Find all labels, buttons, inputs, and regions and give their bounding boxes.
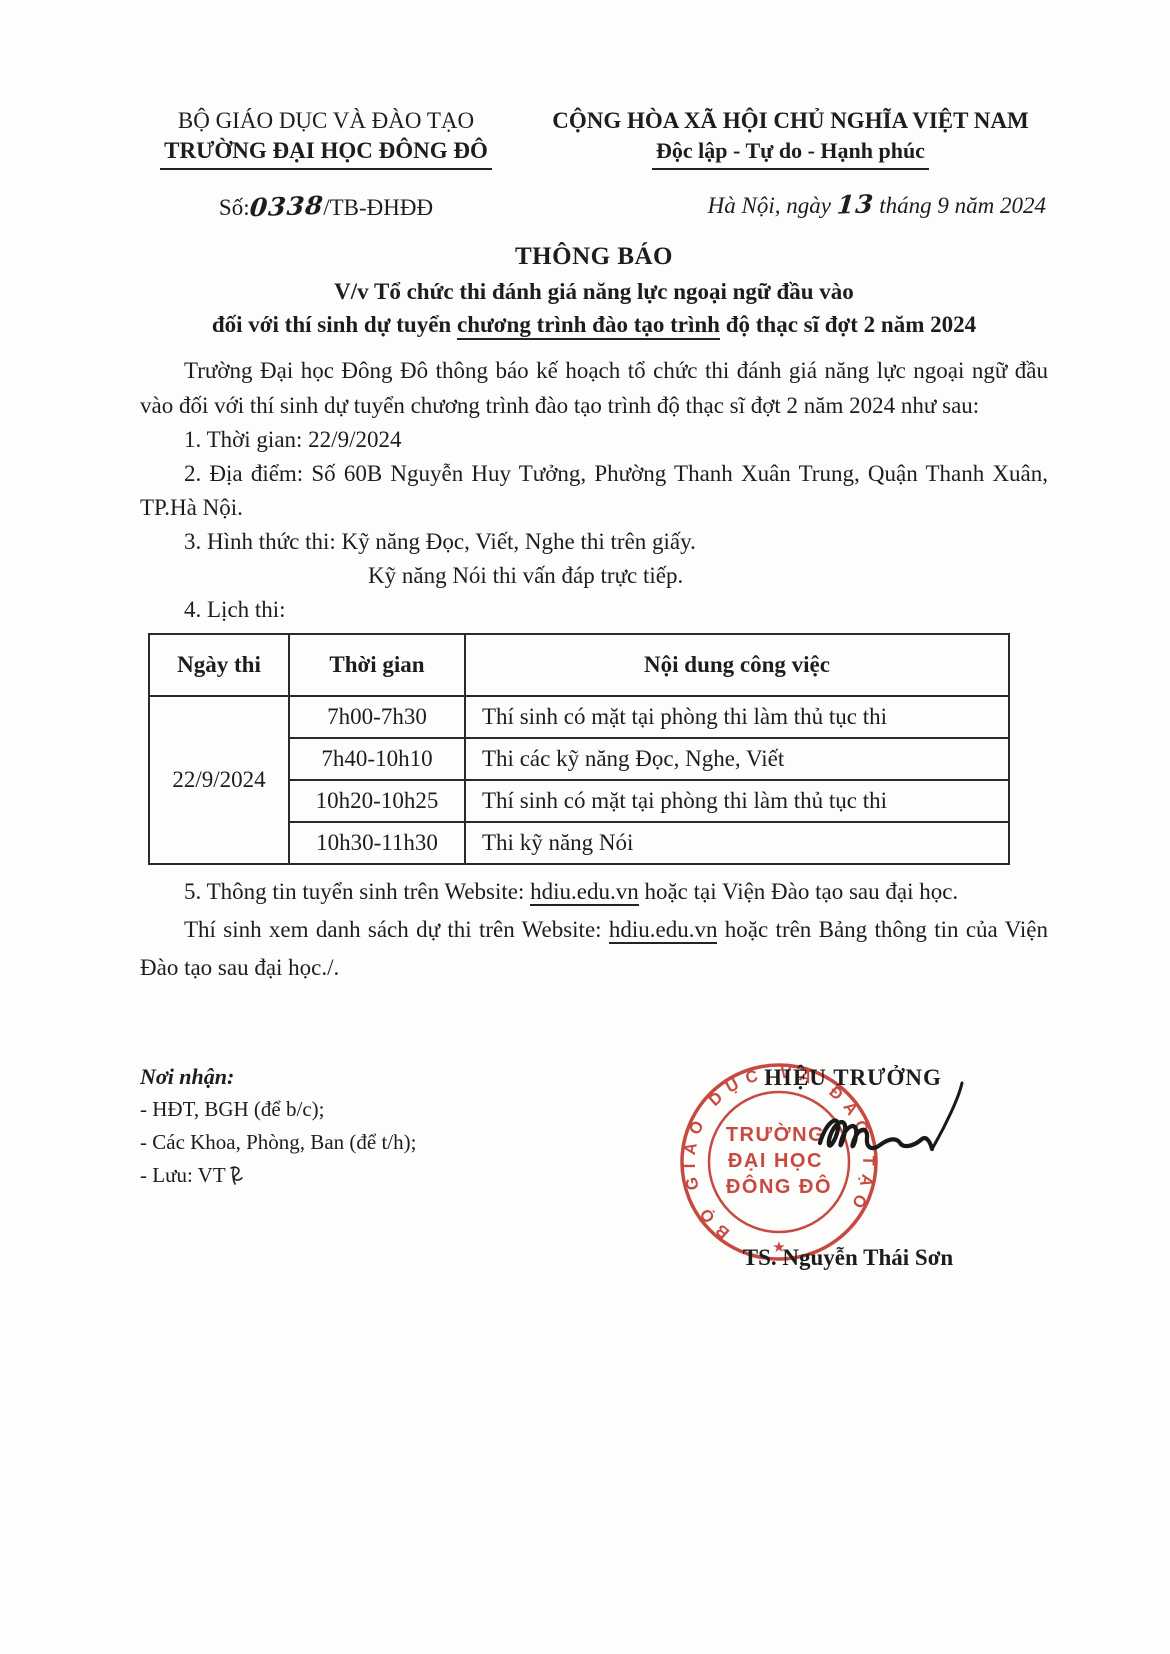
table-header-row: Ngày thi Thời gian Nội dung công việc [149, 634, 1009, 696]
recipients-title: Nơi nhận: [140, 1061, 578, 1093]
signature-block: HIỆU TRƯỞNG BỘ GIÁO DỤC VÀ ĐÀO TẠO ★ TRƯ… [578, 1061, 1048, 1311]
notice-items: 1. Thời gian: 22/9/2024 2. Địa điểm: Số … [140, 423, 1048, 627]
document-footer: Nơi nhận: - HĐT, BGH (để b/c); - Các Kho… [140, 1061, 1048, 1311]
website-link: hdiu.edu.vn [530, 879, 639, 906]
doc-number-handwritten: 0338 [248, 191, 324, 224]
table-row: 22/9/2024 7h00-7h30 Thí sinh có mặt tại … [149, 696, 1009, 738]
document-header: BỘ GIÁO DỤC VÀ ĐÀO TẠO TRƯỜNG ĐẠI HỌC ĐÔ… [140, 106, 1048, 223]
recipient-item: - Lưu: VT [140, 1159, 578, 1192]
place-date-line: Hà Nội, ngày 13 tháng 9 năm 2024 [533, 190, 1048, 221]
national-title: CỘNG HÒA XÃ HỘI CHỦ NGHĨA VIỆT NAM [533, 106, 1048, 136]
item-format-line2: Kỹ năng Nói thi vấn đáp trực tiếp. [368, 559, 1048, 593]
recipients-block: Nơi nhận: - HĐT, BGH (để b/c); - Các Kho… [140, 1061, 578, 1311]
doc-number: Số:0338/TB-ĐHĐĐ [140, 192, 512, 223]
info-paragraph-1: 5. Thông tin tuyển sinh trên Website: hd… [140, 873, 1048, 911]
content-cell: Thi các kỹ năng Đọc, Nghe, Viết [465, 738, 1009, 780]
header-left: BỘ GIÁO DỤC VÀ ĐÀO TẠO TRƯỜNG ĐẠI HỌC ĐÔ… [140, 106, 512, 223]
ministry-name: BỘ GIÁO DỤC VÀ ĐÀO TẠO [140, 106, 512, 136]
col-header-content: Nội dung công việc [465, 634, 1009, 696]
national-motto: Độc lập - Tự do - Hạnh phúc [533, 136, 1048, 170]
recipient-item: - Các Khoa, Phòng, Ban (để t/h); [140, 1126, 578, 1159]
recipient-item: - HĐT, BGH (để b/c); [140, 1093, 578, 1126]
schedule-table: Ngày thi Thời gian Nội dung công việc 22… [148, 633, 1010, 865]
item-time: 1. Thời gian: 22/9/2024 [140, 423, 1048, 457]
exam-date-cell: 22/9/2024 [149, 696, 289, 864]
info-paragraph-2: Thí sinh xem danh sách dự thi trên Websi… [140, 911, 1048, 987]
time-cell: 7h40-10h10 [289, 738, 465, 780]
paraph-mark [227, 1164, 245, 1186]
item-format: 3. Hình thức thi: Kỹ năng Đọc, Viết, Ngh… [140, 525, 1048, 559]
item-location: 2. Địa điểm: Số 60B Nguyễn Huy Tưởng, Ph… [140, 457, 1048, 525]
item-schedule-label: 4. Lịch thi: [140, 593, 1048, 627]
header-right: CỘNG HÒA XÃ HỘI CHỦ NGHĨA VIỆT NAM Độc l… [533, 106, 1048, 223]
time-cell: 7h00-7h30 [289, 696, 465, 738]
intro-paragraph: Trường Đại học Đông Đô thông báo kế hoạc… [140, 353, 1048, 423]
content-cell: Thí sinh có mặt tại phòng thi làm thủ tụ… [465, 780, 1009, 822]
col-header-date: Ngày thi [149, 634, 289, 696]
notice-subject-line2: đối với thí sinh dự tuyển chương trình đ… [140, 308, 1048, 341]
content-cell: Thí sinh có mặt tại phòng thi làm thủ tụ… [465, 696, 1009, 738]
signer-name: TS. Nguyễn Thái Sơn [648, 1245, 1048, 1271]
col-header-time: Thời gian [289, 634, 465, 696]
signature-stroke-icon [812, 1079, 972, 1179]
notice-subject-line1: V/v Tổ chức thi đánh giá năng lực ngoại … [140, 275, 1048, 308]
content-cell: Thi kỹ năng Nói [465, 822, 1009, 864]
admission-info-block: 5. Thông tin tuyển sinh trên Website: hd… [140, 873, 1048, 987]
notice-title-block: THÔNG BÁO V/v Tổ chức thi đánh giá năng … [140, 239, 1048, 341]
time-cell: 10h30-11h30 [289, 822, 465, 864]
website-link: hdiu.edu.vn [609, 917, 718, 944]
notice-title: THÔNG BÁO [140, 239, 1048, 275]
document-page: BỘ GIÁO DỤC VÀ ĐÀO TẠO TRƯỜNG ĐẠI HỌC ĐÔ… [0, 0, 1170, 1654]
date-day-handwritten: 13 [835, 189, 875, 220]
university-name: TRƯỜNG ĐẠI HỌC ĐÔNG ĐÔ [140, 136, 512, 170]
time-cell: 10h20-10h25 [289, 780, 465, 822]
